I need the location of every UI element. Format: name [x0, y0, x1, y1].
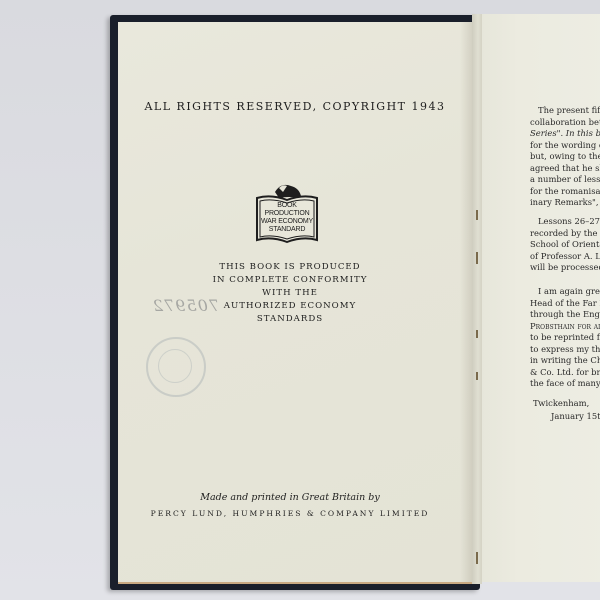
- binding-stitch: [476, 210, 478, 220]
- made-in-line: Made and printed in Great Britain by: [150, 492, 430, 503]
- showthrough-catalog-number: 705972: [152, 296, 219, 315]
- binding-stitch: [476, 252, 478, 264]
- binding-stitch: [476, 552, 478, 564]
- preface-paragraph-1: The present fifty collaboration betwe Se…: [530, 105, 600, 209]
- preface-paragraph-3: I am again great Head of the Far E throu…: [530, 286, 600, 390]
- binding-stitch: [476, 372, 478, 380]
- preface-date: January 15th: [551, 411, 600, 423]
- preface-paragraph-2: Lessons 26–27, 3 recorded by the D Schoo…: [530, 216, 600, 274]
- emblem-text: BOOK PRODUCTION WAR ECONOMY STANDARD: [253, 202, 321, 234]
- binding-stitch: [476, 330, 478, 338]
- war-economy-emblem: BOOK PRODUCTION WAR ECONOMY STANDARD: [253, 180, 321, 248]
- preface-place: Twickenham,: [533, 398, 600, 410]
- printer-name: PERCY LUND, HUMPHRIES & COMPANY LIMITED: [150, 509, 430, 518]
- book-gutter: [472, 14, 482, 584]
- library-stamp-showthrough: [146, 337, 206, 397]
- copyright-line: ALL RIGHTS RESERVED, COPYRIGHT 1943: [118, 100, 472, 113]
- economy-standards-notice: THIS BOOK IS PRODUCED IN COMPLETE CONFOR…: [200, 261, 380, 326]
